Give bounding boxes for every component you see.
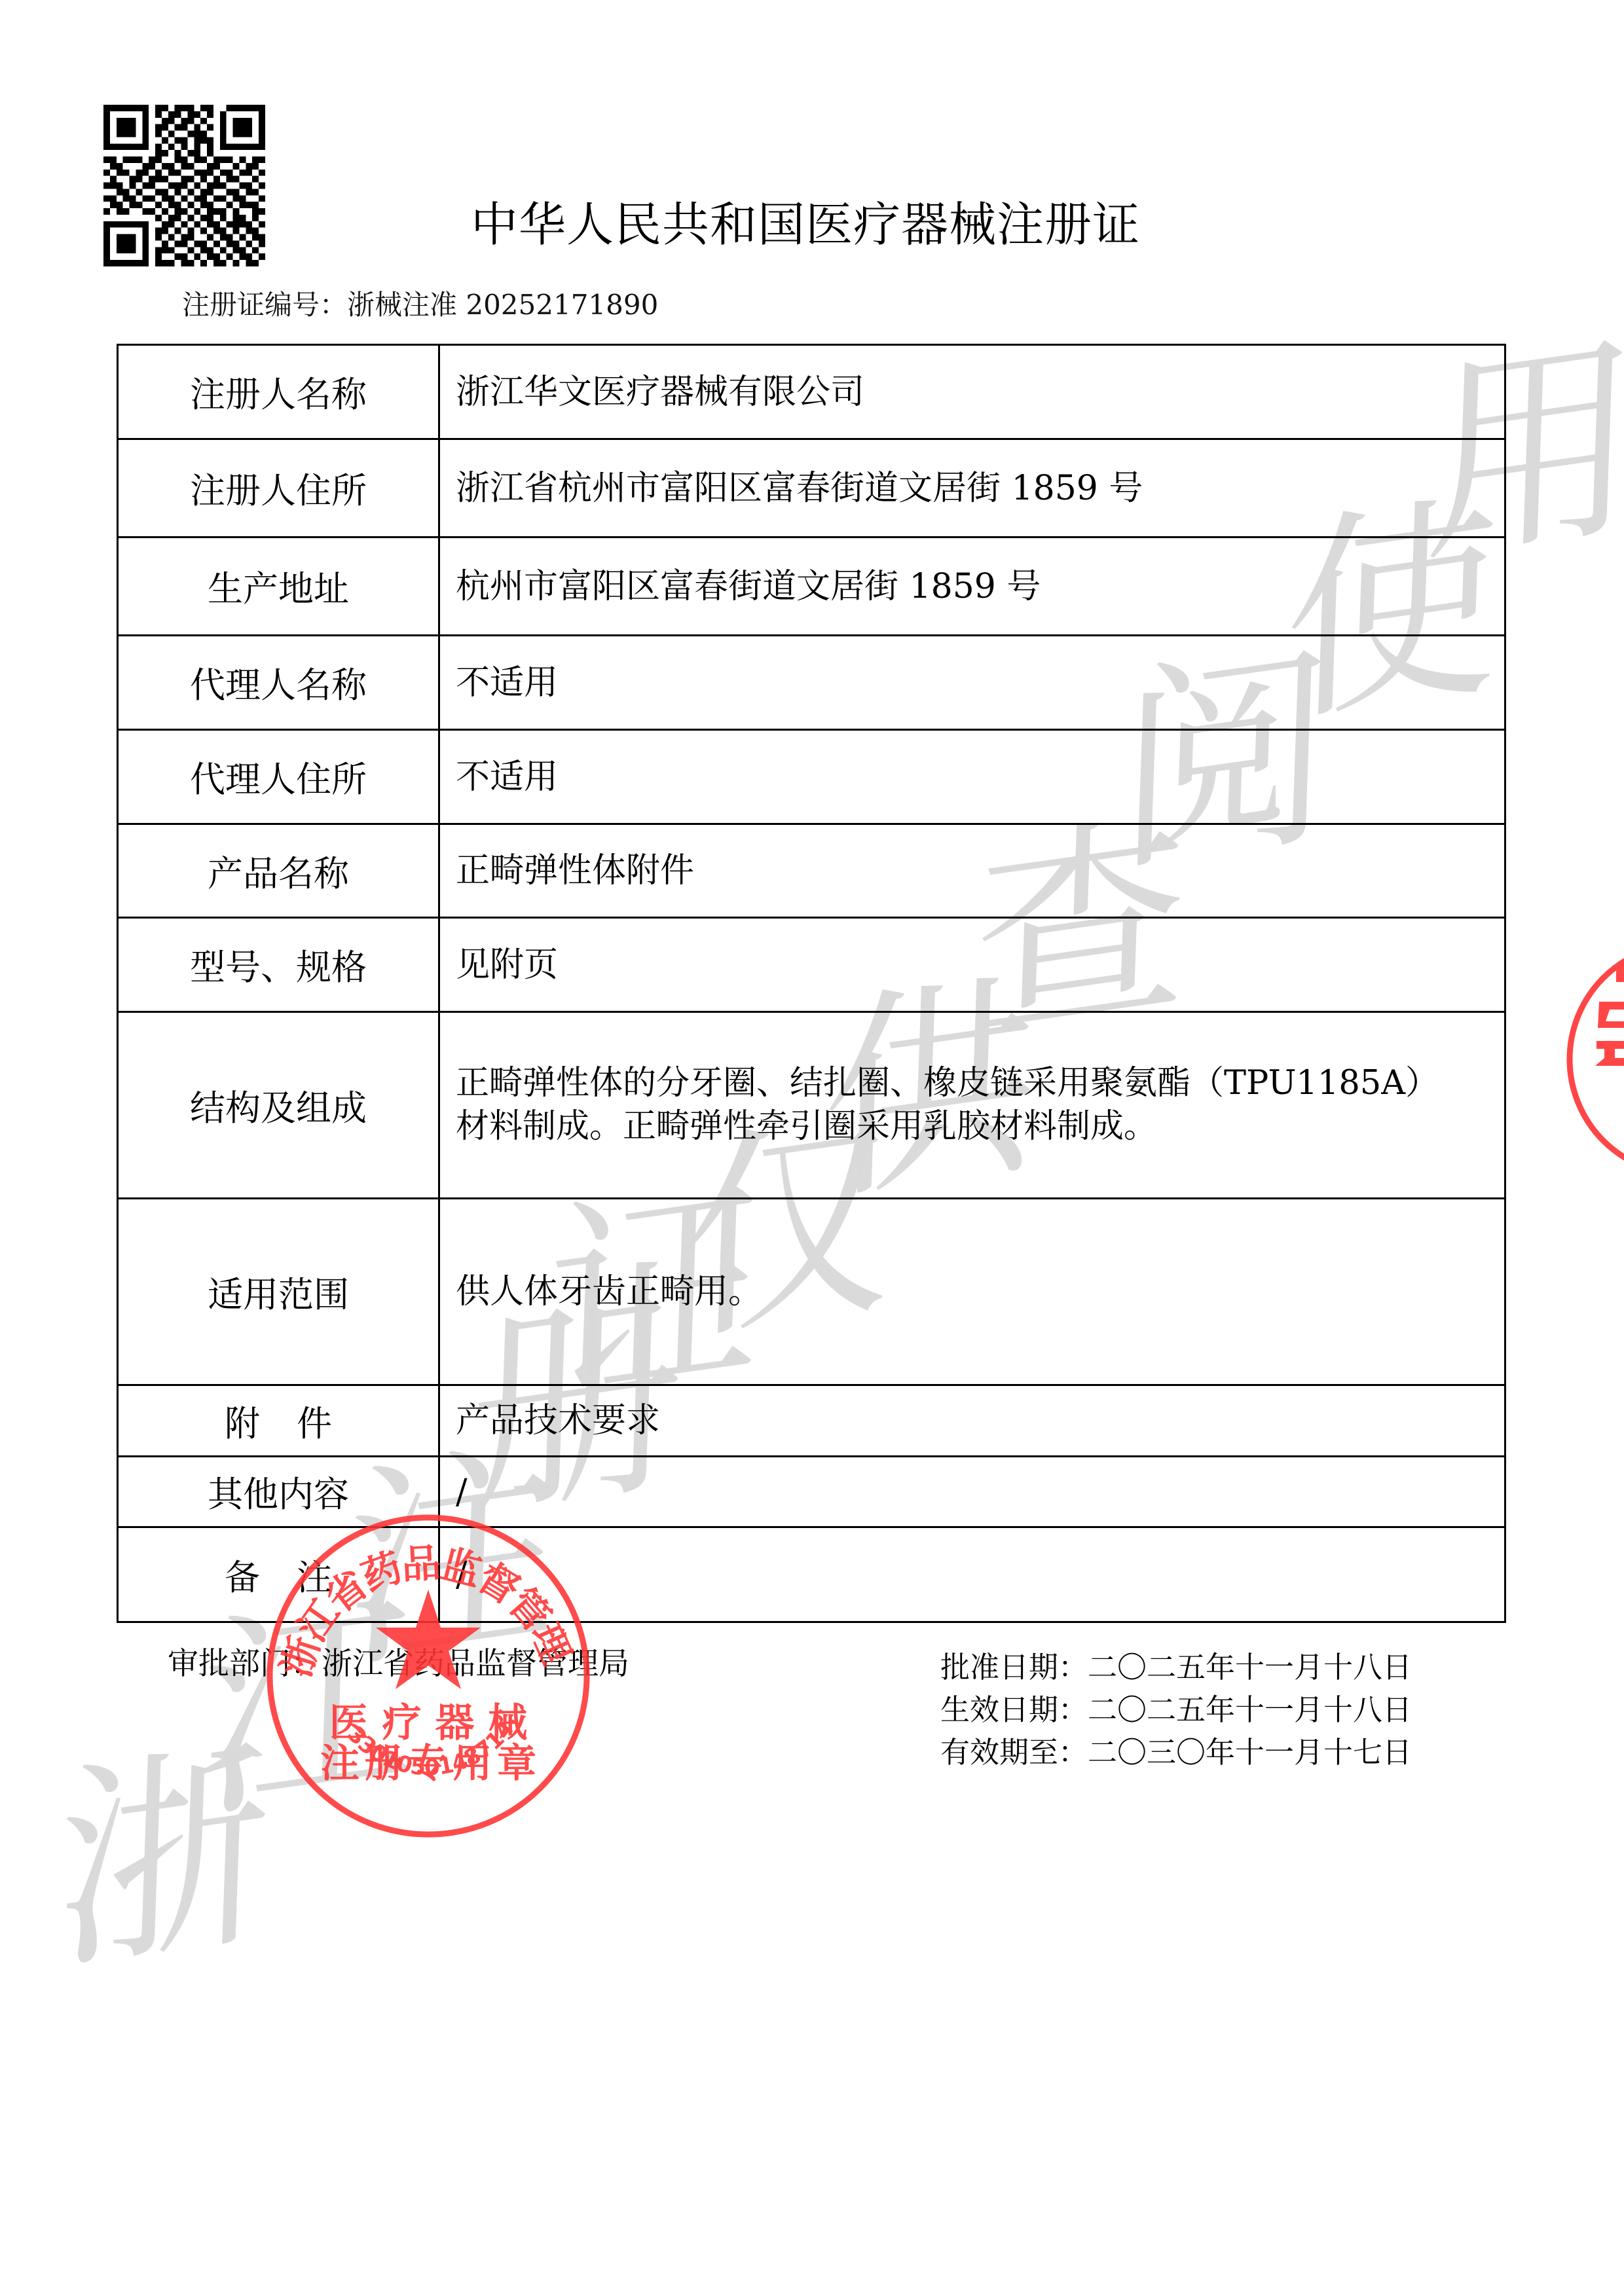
registration-number: 注册证编号：浙械注准 20252171890 [182,288,658,322]
registration-number-label: 注册证编号： [182,289,347,321]
registration-number-value: 浙械注准 20252171890 [347,289,658,321]
row-label-attachments: 附件 [118,1385,439,1457]
table-row: 代理人住所 不适用 [118,730,1505,824]
table-row: 注册人住所 浙江省杭州市富阳区富春街道文居街 1859 号 [118,439,1505,538]
row-value-scope: 供人体牙齿正畸用。 [439,1199,1505,1385]
row-label-production-address: 生产地址 [118,538,439,636]
date-value: 二〇二五年十一月十八日 [1088,1692,1412,1727]
row-value-production-address: 杭州市富阳区富春街道文居街 1859 号 [439,538,1505,636]
label-part: 附 [225,1403,260,1444]
date-label: 生效日期： [940,1692,1088,1727]
value-line: 见附页 [456,943,1504,987]
watermark-char: 浙 [53,1735,274,1984]
table-row: 生产地址 杭州市富阳区富春街道文居街 1859 号 [118,538,1505,636]
qr-code-icon [103,105,265,266]
table-row: 型号、规格 见附页 [118,918,1505,1012]
value-line: 不适用 [456,756,1504,799]
table-row: 代理人名称 不适用 [118,636,1505,730]
label-part: 备 [225,1557,260,1598]
row-value-attachments: 产品技术要求 [439,1385,1505,1457]
value-line: 正畸弹性体附件 [456,849,1504,892]
date-label: 有效期至： [940,1735,1088,1770]
row-value-other: / [439,1457,1505,1527]
expiry-date: 有效期至：二〇三〇年十一月十七日 [940,1731,1412,1774]
value-line: 正畸弹性体的分牙圈、结扎圈、橡皮链采用聚氨酯（TPU1185A） [456,1062,1504,1105]
row-value-registrant-name: 浙江华文医疗器械有限公司 [439,345,1505,439]
row-label-registrant-address: 注册人住所 [118,439,439,538]
document-title: 中华人民共和国医疗器械注册证 [471,196,1140,253]
approval-date: 批准日期：二〇二五年十一月十八日 [940,1646,1412,1688]
effective-date: 生效日期：二〇二五年十一月十八日 [940,1688,1412,1731]
value-line: / [456,1553,1504,1596]
value-line: / [456,1470,1504,1514]
row-label-agent-address: 代理人住所 [118,730,439,824]
value-line: 不适用 [456,661,1504,704]
value-line: 浙江华文医疗器械有限公司 [456,371,1504,414]
row-value-agent-name: 不适用 [439,636,1505,730]
row-label-product-name: 产品名称 [118,824,439,918]
table-row: 结构及组成 正畸弹性体的分牙圈、结扎圈、橡皮链采用聚氨酯（TPU1185A） 材… [118,1012,1505,1199]
row-value-agent-address: 不适用 [439,730,1505,824]
table-row: 注册人名称 浙江华文医疗器械有限公司 [118,345,1505,439]
row-label-structure: 结构及组成 [118,1012,439,1199]
row-value-model-spec: 见附页 [439,918,1505,1012]
row-value-registrant-address: 浙江省杭州市富阳区富春街道文居街 1859 号 [439,439,1505,538]
table-row: 适用范围 供人体牙齿正畸用。 [118,1199,1505,1385]
official-seal-icon: 浙江省药品监督管理局 医 疗 器 械 注册专用章 3301050148714 [258,1506,599,1846]
table-row: 附件 产品技术要求 [118,1385,1505,1457]
row-label-agent-name: 代理人名称 [118,636,439,730]
value-line: 产品技术要求 [456,1399,1504,1442]
date-value: 二〇三〇年十一月十七日 [1088,1735,1412,1770]
label-part: 件 [297,1403,332,1444]
value-line: 材料制成。正畸弹性牵引圈采用乳胶材料制成。 [456,1105,1504,1148]
row-label-model-spec: 型号、规格 [118,918,439,1012]
row-value-product-name: 正畸弹性体附件 [439,824,1505,918]
date-block: 批准日期：二〇二五年十一月十八日 生效日期：二〇二五年十一月十八日 有效期至：二… [940,1646,1412,1774]
value-line: 供人体牙齿正畸用。 [456,1270,1504,1313]
row-label-registrant-name: 注册人名称 [118,345,439,439]
value-line: 浙江省杭州市富阳区富春街道文居街 1859 号 [456,467,1504,510]
date-value: 二〇二五年十一月十八日 [1088,1650,1412,1685]
row-value-structure: 正畸弹性体的分牙圈、结扎圈、橡皮链采用聚氨酯（TPU1185A） 材料制成。正畸… [439,1012,1505,1199]
row-value-remarks: / [439,1527,1505,1622]
partial-seal-icon [1559,930,1624,1192]
row-label-scope: 适用范围 [118,1199,439,1385]
table-row: 产品名称 正畸弹性体附件 [118,824,1505,918]
date-label: 批准日期： [940,1650,1088,1685]
certificate-table: 注册人名称 浙江华文医疗器械有限公司 注册人住所 浙江省杭州市富阳区富春街道文居… [117,344,1506,1623]
value-line: 杭州市富阳区富春街道文居街 1859 号 [456,565,1504,608]
